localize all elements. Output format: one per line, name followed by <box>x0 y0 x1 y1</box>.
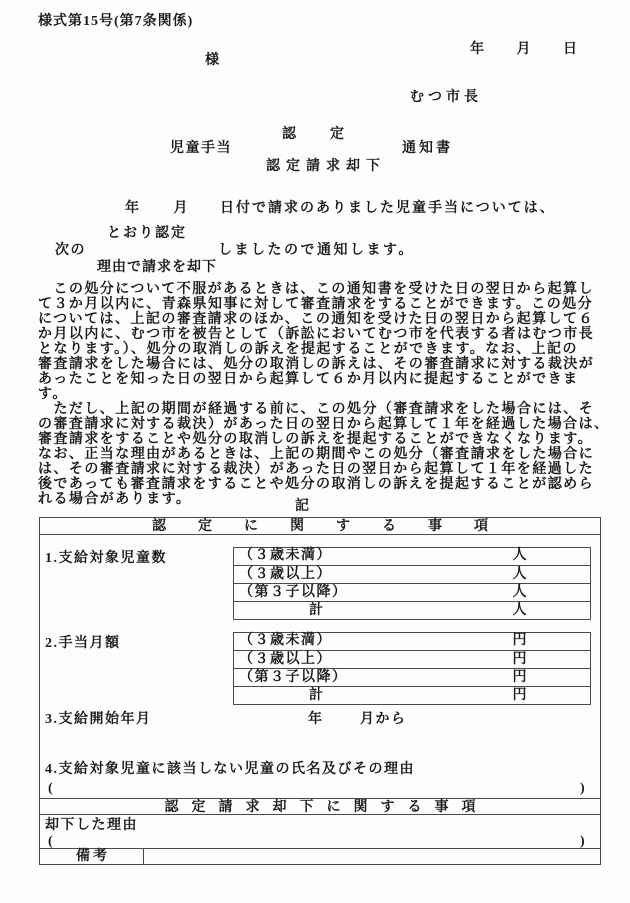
appeal-notice-paragraph-2: ただし、上記の期間が経過する前に、この処分（審査請求をした場合には、そ の審査請… <box>38 402 626 507</box>
title-prefix: 児童手当 <box>170 141 232 156</box>
table-row: （３歳未満） 人 <box>234 548 590 565</box>
issuer-name: むつ市長 <box>410 90 482 105</box>
title-option-reject: 認定請求却下 <box>266 159 386 174</box>
row-label: （第３子以降） <box>239 669 348 686</box>
table-row: （３歳以上） 円 <box>234 650 590 668</box>
row-unit: 人 <box>513 566 529 583</box>
item1-label: 1.支給対象児童数 <box>45 551 167 566</box>
remarks-divider <box>143 849 144 864</box>
record-label: 記 <box>295 499 311 514</box>
table-row: （第３子以降） 人 <box>234 583 590 601</box>
certification-table: 認定に関する事項 1.支給対象児童数 （３歳未満） 人 （３歳以上） 人 （第３… <box>39 517 601 865</box>
notify-lead: 次の <box>55 243 86 258</box>
row-label: （３歳未満） <box>239 633 332 650</box>
remarks-label: 備考 <box>76 849 110 865</box>
request-line-text: 日付で請求のありました児童手当については、 <box>220 201 556 216</box>
table-row-total: 計 円 <box>234 686 590 704</box>
date-month-label: 月 <box>517 42 533 57</box>
table-row: （３歳未満） 円 <box>234 633 590 650</box>
date-year-label: 年 <box>470 42 486 57</box>
row-unit: 人 <box>513 584 529 601</box>
addressee-suffix: 様 <box>205 53 221 68</box>
rejection-paren-open: ( <box>48 834 53 849</box>
document-page: 様式第15号(第7条関係) 年 月 日 様 むつ市長 児童手当 認 定 認定請求… <box>0 0 630 903</box>
row-label: 計 <box>239 687 325 704</box>
table-row-total: 計 人 <box>234 601 590 619</box>
row-unit: 円 <box>513 633 529 650</box>
row-unit: 人 <box>513 548 529 565</box>
item4-paren-open: ( <box>48 781 53 796</box>
section2-header: 認定請求却下に関する事項 <box>40 798 600 815</box>
item4-paren-close: ) <box>580 781 585 796</box>
section1-header: 認定に関する事項 <box>40 518 600 535</box>
row-label: （第３子以降） <box>239 584 348 601</box>
title-option-certify: 認 定 <box>282 127 354 142</box>
notify-option-certify: とおり認定 <box>107 226 187 241</box>
row-unit: 円 <box>513 651 529 668</box>
notify-option-reject: 理由で請求を却下 <box>97 260 217 275</box>
row-label: （３歳未満） <box>239 548 332 565</box>
item3-year-label: 年 <box>308 712 324 727</box>
remarks-row: 備考 <box>40 848 600 864</box>
issue-date-line: 年 月 日 <box>470 42 579 57</box>
request-year-label: 年 <box>125 201 141 216</box>
item3-label: 3.支給開始年月 <box>45 712 152 727</box>
row-label: （３歳以上） <box>239 651 332 668</box>
title-suffix: 通知書 <box>402 141 453 156</box>
table-row: （第３子以降） 円 <box>234 668 590 686</box>
item3-month-from-label: 月から <box>360 712 407 727</box>
row-label: （３歳以上） <box>239 566 332 583</box>
row-unit: 人 <box>513 602 529 619</box>
table-row: （３歳以上） 人 <box>234 565 590 583</box>
row-unit: 円 <box>513 669 529 686</box>
request-month-label: 月 <box>174 201 190 216</box>
row-label: 計 <box>239 602 325 619</box>
row-unit: 円 <box>513 687 529 704</box>
item2-label: 2.手当月額 <box>45 636 121 651</box>
rejection-paren-close: ) <box>580 834 585 849</box>
monthly-amount-table: （３歳未満） 円 （３歳以上） 円 （第３子以降） 円 計 円 <box>233 632 591 705</box>
item4-label: 4.支給対象児童に該当しない児童の氏名及びその理由 <box>45 762 415 777</box>
form-number: 様式第15号(第7条関係) <box>38 14 193 29</box>
child-count-table: （３歳未満） 人 （３歳以上） 人 （第３子以降） 人 計 人 <box>233 547 591 620</box>
date-day-label: 日 <box>563 42 579 57</box>
rejection-reason-label: 却下した理由 <box>45 818 138 833</box>
request-date-line: 年 月 日付で請求のありました児童手当については、 <box>125 201 556 216</box>
appeal-notice-paragraph-1: この処分について不服があるときは、この通知書を受けた日の翌日から起算し て３か月… <box>38 282 626 402</box>
notify-tail: しましたので通知します。 <box>218 243 415 258</box>
